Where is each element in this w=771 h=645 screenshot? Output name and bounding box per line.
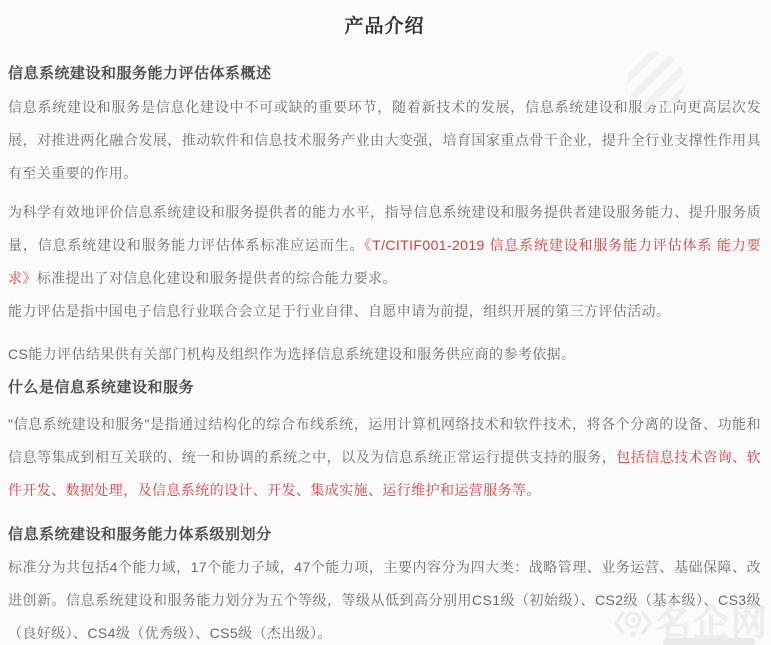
paragraph-overview-4: CS能力评估结果供有关部门机构及组织作为选择信息系统建设和服务供应商的参考依据。 xyxy=(8,338,761,371)
section-heading-overview: 信息系统建设和服务能力评估体系概述 xyxy=(8,64,761,84)
paragraph-overview-2: 为科学有效地评价信息系统建设和服务提供者的能力水平，指导信息系统建设和服务提供者… xyxy=(8,196,761,295)
section-heading-what-is: 什么是信息系统建设和服务 xyxy=(8,378,761,398)
paragraph-what-is-1: "信息系统建设和服务"是指通过结构化的综合布线系统，运用计算机网络技术和软件技术… xyxy=(8,408,761,507)
paragraph-overview-1: 信息系统建设和服务是信息化建设中不可或缺的重要环节，随着新技术的发展，信息系统建… xyxy=(8,91,761,190)
paragraph-overview-3: 能力评估是指中国电子信息行业联合会立足于行业自律、自愿申请为前提，组织开展的第三… xyxy=(8,295,761,328)
section-heading-levels: 信息系统建设和服务能力体系级别划分 xyxy=(8,525,761,545)
page-title: 产品介绍 xyxy=(8,14,761,40)
paragraph-levels-1: 标准分为共包括4个能力域，17个能力子域，47个能力项，主要内容分为四大类：战略… xyxy=(8,551,761,645)
text-segment: 标准提出了对信息化建设和服务提供者的综合能力要求。 xyxy=(37,270,397,286)
product-intro-page: 产品介绍 信息系统建设和服务能力评估体系概述 信息系统建设和服务是信息化建设中不… xyxy=(0,0,771,645)
